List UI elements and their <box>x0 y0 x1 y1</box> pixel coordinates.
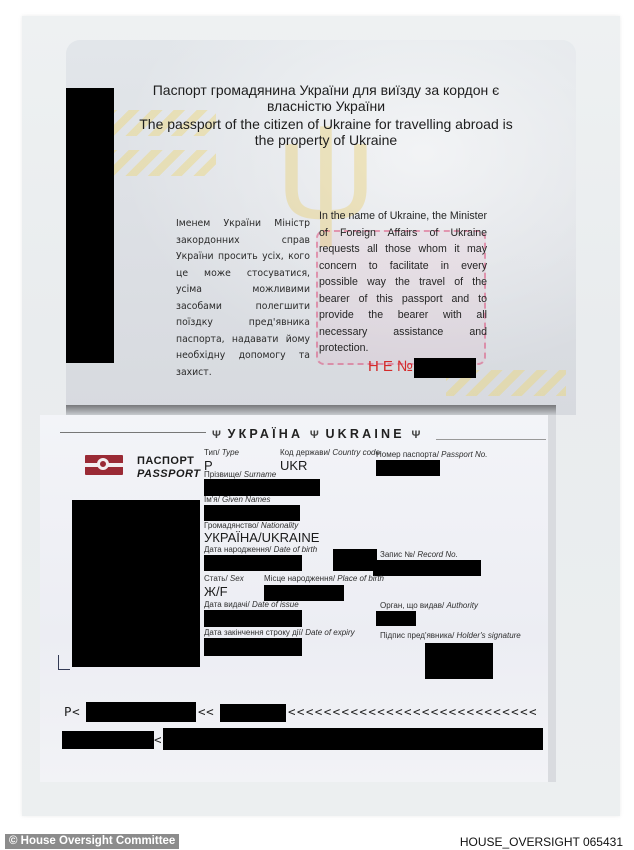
signature-label: Підпис пред'явника/ Holder's signature <box>380 631 521 640</box>
nationality-value: УКРАЇНА/UKRAINE <box>204 530 319 545</box>
mrz-line1-separator: << <box>198 704 214 719</box>
guilloche-pattern <box>106 150 216 176</box>
sex-label: Стать/ Sex <box>204 574 244 583</box>
date-of-issue-label: Дата видачі/ Date of issue <box>204 600 299 609</box>
serial-number-label: НЕ№ <box>368 358 417 375</box>
passport-top-page: ψ Паспорт громадянина України для виїзду… <box>66 40 576 415</box>
divider <box>436 439 546 440</box>
mrz-line2-redacted <box>163 728 543 750</box>
trident-icon: Ψ <box>310 429 319 441</box>
heading-english: The passport of the citizen of Ukraine f… <box>136 116 516 148</box>
photo-corner-mark <box>58 655 70 670</box>
passport-no-redacted <box>376 460 440 476</box>
heading-ukrainian: Паспорт громадянина України для виїзду з… <box>136 82 516 114</box>
record-no-redacted <box>333 549 377 571</box>
trident-icon: Ψ <box>412 429 421 441</box>
signature-redacted <box>425 643 493 679</box>
nationality-label: Громадянство/ Nationality <box>204 521 298 530</box>
authority-redacted <box>376 611 416 626</box>
date-of-birth-label: Дата народження/ Date of birth <box>204 545 317 554</box>
country-code-value: UKR <box>280 458 307 473</box>
bates-number: HOUSE_OVERSIGHT 065431 <box>460 835 623 849</box>
mrz-line2-separator: < <box>154 732 162 747</box>
record-no-redacted <box>373 560 481 576</box>
surname-redacted <box>204 479 320 496</box>
mrz-surname-redacted <box>86 702 196 722</box>
mrz-line1-filler: <<<<<<<<<<<<<<<<<<<<<<<<<<<< <box>288 704 538 719</box>
document-type-en: PASSPORT <box>137 468 201 480</box>
country-name-ua: УКРАЇНА <box>228 427 304 441</box>
type-label: Тип/ Type <box>204 448 239 457</box>
redaction-bar <box>66 88 114 363</box>
given-names-label: Ім'я/ Given Names <box>204 495 271 504</box>
country-name-en: UKRAINE <box>325 427 404 441</box>
request-text-english: In the name of Ukraine, the Minister of … <box>319 208 487 357</box>
country-header: Ψ УКРАЇНА Ψ UKRAINE Ψ <box>212 427 420 441</box>
given-names-redacted <box>204 505 300 521</box>
photo-redacted <box>72 500 200 667</box>
passport-data-page: Ψ УКРАЇНА Ψ UKRAINE Ψ ПАСПОРТ PASSPORT Т… <box>40 415 556 782</box>
mrz-given-redacted <box>220 704 286 722</box>
place-of-birth-redacted <box>264 585 344 601</box>
date-of-expiry-redacted <box>204 638 302 656</box>
sex-value: Ж/F <box>204 584 228 599</box>
request-text-ukrainian: Іменем України Міністр закордонних справ… <box>176 216 310 381</box>
record-no-label: Запис №/ Record No. <box>380 550 458 559</box>
mrz-line2-redacted <box>62 731 154 749</box>
mrz-line1-prefix: P< <box>64 704 80 719</box>
date-of-issue-redacted <box>204 610 302 627</box>
authority-label: Орган, що видав/ Authority <box>380 601 478 610</box>
country-code-label: Код держави/ Country code <box>280 448 380 457</box>
place-of-birth-label: Місце народження/ Place of birth <box>264 574 384 583</box>
copyright-credit: © House Oversight Committee <box>5 834 179 849</box>
divider <box>60 432 206 433</box>
passport-no-label: Номер паспорта/ Passport No. <box>376 450 487 459</box>
date-of-birth-redacted <box>204 555 302 571</box>
surname-label: Прізвище/ Surname <box>204 470 276 479</box>
serial-number-redacted <box>414 358 476 378</box>
biometric-chip-icon <box>85 455 123 475</box>
date-of-expiry-label: Дата закінчення строку дії/ Date of expi… <box>204 628 355 637</box>
trident-icon: Ψ <box>212 429 221 441</box>
document-type-ua: ПАСПОРТ <box>137 455 194 467</box>
